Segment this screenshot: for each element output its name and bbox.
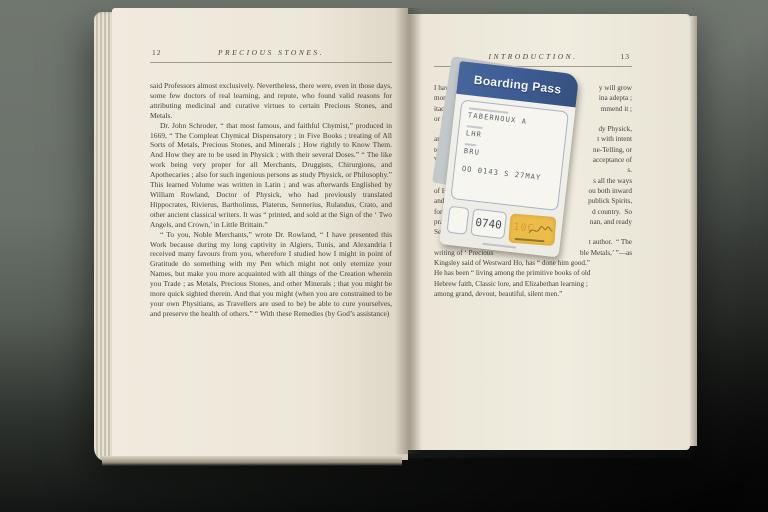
line-right-fragment: t author. “ The — [589, 237, 632, 247]
destination-code: BRU — [463, 147, 555, 165]
photo-of-open-book: 12 PRECIOUS STONES. said Professors almo… — [0, 0, 768, 512]
line-right-fragment: ou both inward — [588, 186, 632, 196]
line-right-fragment: ble Metals,’ ”—as — [580, 248, 632, 258]
line-right-fragment: s. — [627, 165, 632, 175]
right-page-number: 13 — [621, 52, 631, 61]
line-right-fragment: d country. So — [592, 207, 632, 217]
line-right-fragment: nan, and ready — [590, 217, 632, 227]
line-right-fragment: dy Physick, — [598, 124, 632, 134]
stub-box — [446, 206, 469, 235]
boarding-pass-title: Boarding Pass — [473, 72, 562, 96]
left-page-content: 12 PRECIOUS STONES. said Professors almo… — [150, 48, 392, 319]
left-running-head: PRECIOUS STONES. — [150, 48, 392, 57]
line-right-fragment: t with intent — [597, 134, 632, 144]
line-right-fragment: mmend it ; — [601, 104, 632, 114]
line-right-fragment: ne-Telling, or — [593, 145, 632, 155]
paragraph: “ To you, Noble Merchants,” wrote Dr. Ro… — [150, 230, 392, 319]
line-right-fragment: s all the ways — [593, 176, 632, 186]
line-right-fragment: acceptance of — [593, 155, 632, 165]
stub-box-row: 0740 10C — [446, 206, 557, 247]
paragraph: Dr. John Schroder, “ that most famous, a… — [150, 121, 392, 230]
left-page-body: said Professors almost exclusively. Neve… — [150, 81, 392, 319]
boarding-pass: Boarding Pass TABERNOUX A LHR BRU OO 014… — [439, 61, 579, 257]
line-right-fragment: y will grow — [599, 83, 632, 93]
boarding-time: 0740 — [475, 216, 503, 232]
line-right-fragment: publick Spirits, — [588, 196, 632, 206]
page-bottom-edge — [102, 456, 402, 466]
from-label-bar — [467, 125, 483, 129]
origin-code: LHR — [465, 129, 557, 147]
book-gutter-shadow — [394, 8, 422, 454]
seat-sticker: 10C — [508, 213, 556, 246]
paragraph: said Professors almost exclusively. Neve… — [150, 81, 392, 121]
line-left-fragment: among grand, devout, beautiful, silent m… — [434, 289, 562, 299]
line-left-fragment: Hebrew faith, Classic lore, and Elizabet… — [434, 279, 588, 289]
to-label-bar — [465, 143, 477, 146]
left-header-rule — [150, 62, 392, 63]
text-line: Kingsley said of Westward Ho, has “ done… — [434, 258, 632, 268]
signature-scribble-icon — [527, 220, 554, 240]
ticket-frame: TABERNOUX A LHR BRU OO 0143 S 27MAY — [450, 99, 569, 211]
line-right-fragment: ina adepta ; — [599, 93, 632, 103]
text-line: among grand, devout, beautiful, silent m… — [434, 289, 632, 299]
text-line: He has been “ living among the primitive… — [434, 268, 632, 278]
line-left-fragment: writing of ‘ Precious — [434, 248, 493, 258]
text-line: Hebrew faith, Classic lore, and Elizabet… — [434, 279, 632, 289]
left-page-header: 12 PRECIOUS STONES. — [150, 48, 392, 60]
line-left-fragment: Kingsley said of Westward Ho, has “ done… — [434, 258, 590, 268]
boarding-time-box: 0740 — [470, 208, 507, 239]
line-left-fragment: He has been “ living among the primitive… — [434, 268, 591, 278]
document-number-bar — [482, 243, 516, 249]
flight-line: OO 0143 S 27MAY — [461, 164, 553, 183]
right-page-fore-edge — [690, 16, 697, 446]
left-page-number: 12 — [152, 48, 162, 57]
